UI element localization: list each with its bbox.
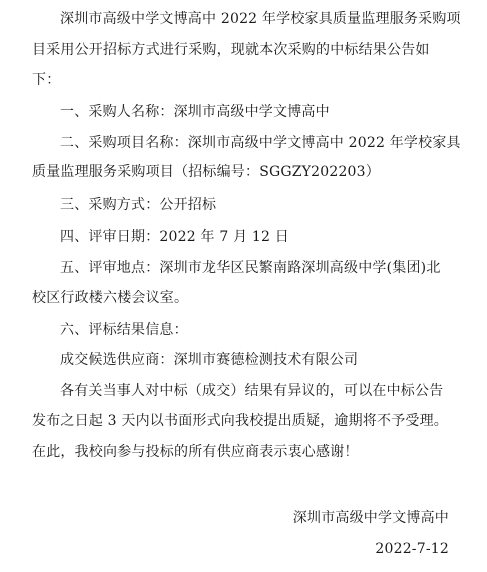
item-review-date: 四、评审日期：2022 年 7 月 12 日: [60, 228, 289, 246]
winning-supplier: 成交候选供应商：深圳市赛德检测技术有限公司: [60, 351, 358, 369]
signature-date: 2022-7-12: [375, 540, 449, 558]
item-method: 三、采购方式：公开招标: [60, 196, 216, 214]
item-review-location: 五、评审地点：深圳市龙华区民繁南路深圳高级中学(集团)北: [60, 259, 441, 277]
item-review-location-cont: 校区行政楼六楼会议室。: [32, 289, 188, 307]
signature-organization: 深圳市高级中学文博高中: [293, 509, 449, 527]
announcement-document: 深圳市高级中学文博高中 2022 年学校家具质量监理服务采购项 目采用公开招标方…: [0, 0, 487, 572]
intro-line-2: 目采用公开招标方式进行采购，现就本次采购的中标结果公告如: [32, 41, 430, 59]
item-project-name: 二、采购项目名称：深圳市高级中学文博高中 2022 年学校家具: [60, 134, 461, 152]
intro-line-3: 下：: [32, 71, 60, 89]
item-purchaser: 一、采购人名称：深圳市高级中学文博高中: [60, 103, 330, 121]
thanks-line: 在此，我校向参与投标的所有供应商表示衷心感谢！: [32, 443, 359, 461]
objection-line-1: 各有关当事人对中标（成交）结果有异议的，可以在中标公告: [60, 382, 443, 400]
objection-line-2: 发布之日起 3 天内以书面形式向我校提出质疑，逾期将不予受理。: [32, 412, 448, 430]
item-result-info: 六、评标结果信息：: [60, 321, 188, 339]
intro-line-1: 深圳市高级中学文博高中 2022 年学校家具质量监理服务采购项: [60, 10, 461, 28]
item-project-name-cont: 质量监理服务采购项目（招标编号：SGGZY202203）: [32, 163, 380, 181]
